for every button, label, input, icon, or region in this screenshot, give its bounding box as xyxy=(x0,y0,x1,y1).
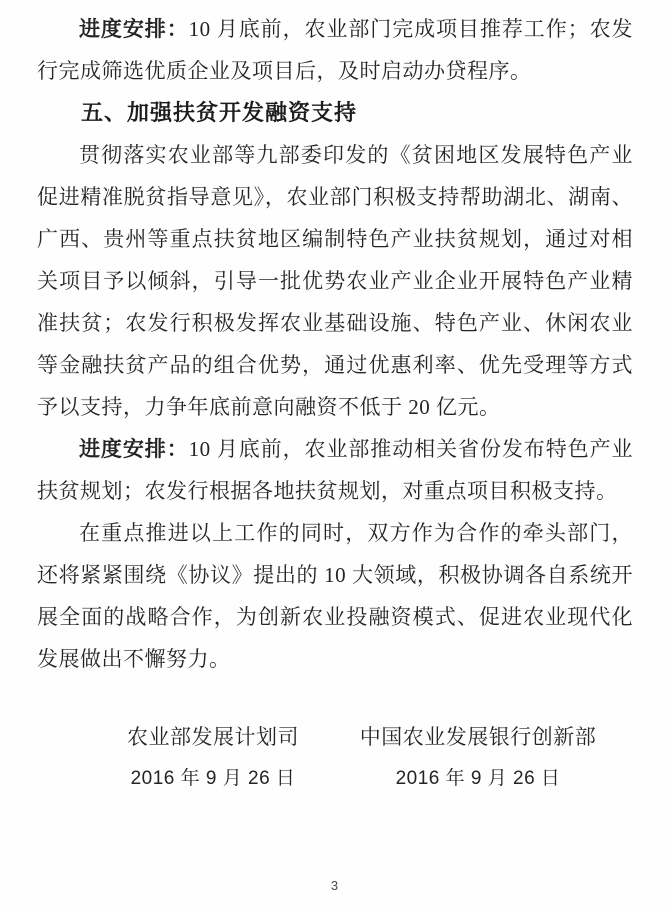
signature-date-left: 2016 年 9 月 26 日 xyxy=(108,758,318,800)
signature-org-left: 农业部发展计划司 xyxy=(108,716,318,758)
paragraph-closing: 在重点推进以上工作的同时，双方作为合作的牵头部门，还将紧紧围绕《协议》提出的 1… xyxy=(37,512,633,680)
signature-date-right: 2016 年 9 月 26 日 xyxy=(358,758,598,800)
schedule-lead-label: 进度安排： xyxy=(79,437,189,461)
section-heading: 五、加强扶贫开发融资支持 xyxy=(37,92,633,134)
document-body: 进度安排：10 月底前，农业部门完成项目推荐工作；农发行完成筛选优质企业及项目后… xyxy=(37,8,633,680)
schedule-lead-label: 进度安排： xyxy=(79,17,189,41)
paragraph-schedule-1: 进度安排：10 月底前，农业部门完成项目推荐工作；农发行完成筛选优质企业及项目后… xyxy=(37,8,633,92)
paragraph-schedule-2: 进度安排：10 月底前，农业部推动相关省份发布特色产业扶贫规划；农发行根据各地扶… xyxy=(37,428,633,512)
document-page: 进度安排：10 月底前，农业部门完成项目推荐工作；农发行完成筛选优质企业及项目后… xyxy=(0,0,669,907)
signature-right: 中国农业发展银行创新部 2016 年 9 月 26 日 xyxy=(358,716,598,800)
paragraph-policy: 贯彻落实农业部等九部委印发的《贫困地区发展特色产业促进精准脱贫指导意见》，农业部… xyxy=(37,134,633,428)
page-number: 3 xyxy=(0,878,669,893)
signature-org-right: 中国农业发展银行创新部 xyxy=(358,716,598,758)
signature-left: 农业部发展计划司 2016 年 9 月 26 日 xyxy=(108,716,318,800)
